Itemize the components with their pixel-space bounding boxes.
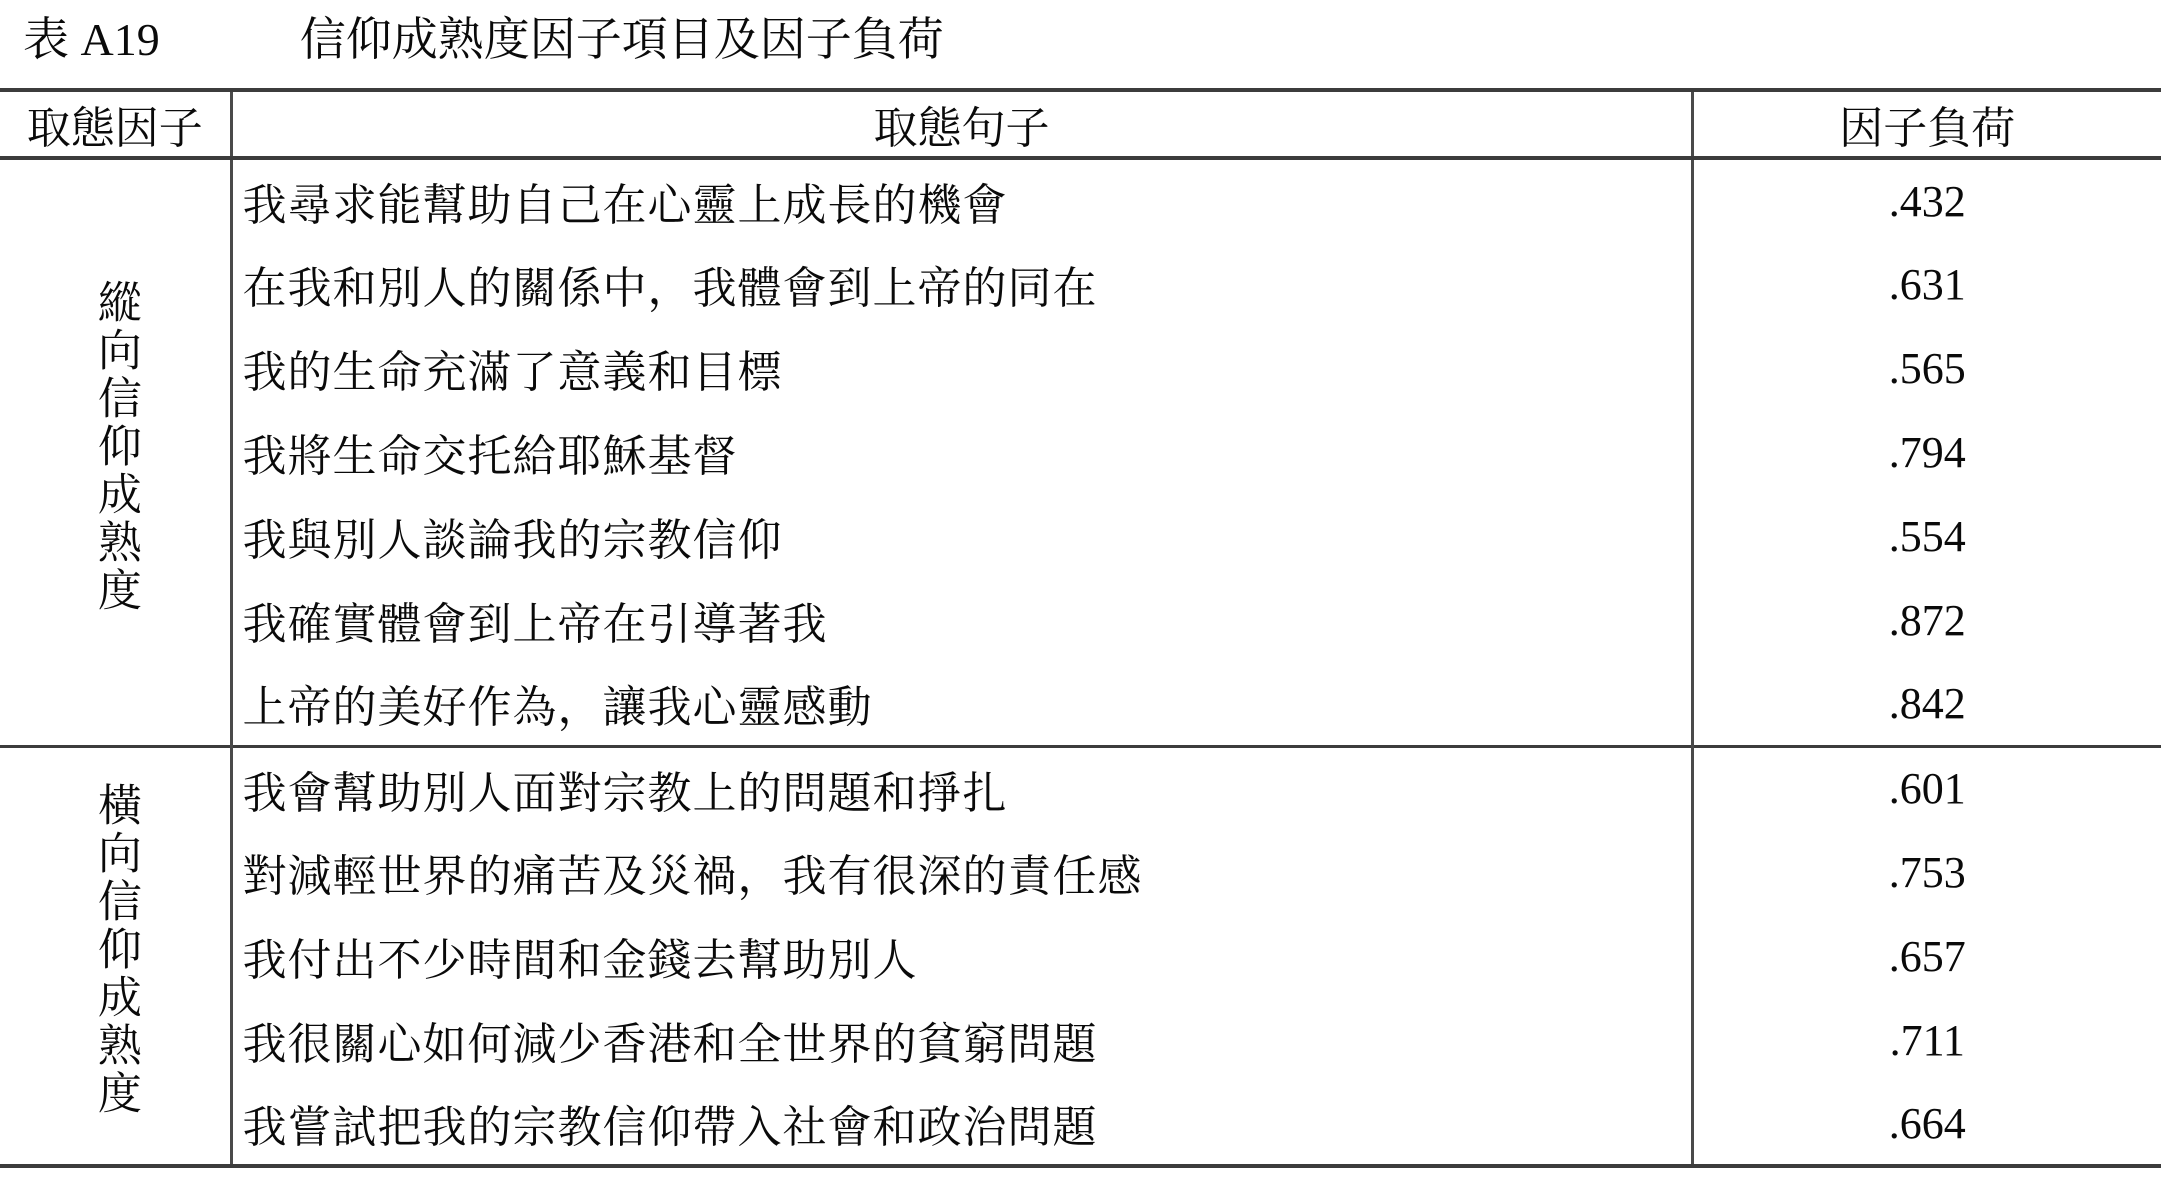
- factor-label: 橫向信仰成熟度: [92, 782, 138, 1118]
- loading-cell: .711: [1692, 998, 2161, 1082]
- table-row: 我的生命充滿了意義和目標.565: [0, 326, 2161, 410]
- header-sentence: 取態句子: [231, 90, 1692, 158]
- loading-cell: .565: [1692, 326, 2161, 410]
- table-header: 取態因子 取態句子 因子負荷: [0, 90, 2161, 158]
- sentence-cell: 我將生命交托給耶穌基督: [231, 410, 1692, 494]
- sentence-cell: 我嘗試把我的宗教信仰帶入社會和政治問題: [231, 1082, 1692, 1166]
- loading-cell: .664: [1692, 1082, 2161, 1166]
- loading-cell: .842: [1692, 662, 2161, 746]
- sentence-cell: 我與別人談論我的宗教信仰: [231, 494, 1692, 578]
- sentence-cell: 對減輕世界的痛苦及災禍，我有很深的責任感: [231, 830, 1692, 914]
- loading-cell: .794: [1692, 410, 2161, 494]
- factor-group: 橫向信仰成熟度我會幫助別人面對宗教上的問題和掙扎.601對減輕世界的痛苦及災禍，…: [0, 746, 2161, 1166]
- factor-group: 縱向信仰成熟度我尋求能幫助自己在心靈上成長的機會.432在我和別人的關係中，我體…: [0, 158, 2161, 746]
- sentence-cell: 我的生命充滿了意義和目標: [231, 326, 1692, 410]
- table-caption: 信仰成熟度因子項目及因子負荷: [300, 14, 944, 65]
- loading-cell: .432: [1692, 158, 2161, 242]
- table-number: 表 A19: [23, 14, 160, 65]
- sentence-cell: 我確實體會到上帝在引導著我: [231, 578, 1692, 662]
- table-row: 在我和別人的關係中，我體會到上帝的同在.631: [0, 242, 2161, 326]
- sentence-cell: 上帝的美好作為，讓我心靈感動: [231, 662, 1692, 746]
- document-page: 表 A19信仰成熟度因子項目及因子負荷 取態因子 取態句子 因子負荷 縱向信仰成…: [0, 0, 2161, 1193]
- header-row: 取態因子 取態句子 因子負荷: [0, 90, 2161, 158]
- header-factor: 取態因子: [0, 90, 231, 158]
- table-row: 對減輕世界的痛苦及災禍，我有很深的責任感.753: [0, 830, 2161, 914]
- table-row: 我付出不少時間和金錢去幫助別人.657: [0, 914, 2161, 998]
- factor-cell: 橫向信仰成熟度: [0, 746, 231, 1166]
- loading-cell: .554: [1692, 494, 2161, 578]
- sentence-cell: 我付出不少時間和金錢去幫助別人: [231, 914, 1692, 998]
- sentence-cell: 我尋求能幫助自己在心靈上成長的機會: [231, 158, 1692, 242]
- sentence-cell: 我很關心如何減少香港和全世界的貧窮問題: [231, 998, 1692, 1082]
- loading-cell: .753: [1692, 830, 2161, 914]
- table-row: 我嘗試把我的宗教信仰帶入社會和政治問題.664: [0, 1082, 2161, 1166]
- factor-table: 取態因子 取態句子 因子負荷 縱向信仰成熟度我尋求能幫助自己在心靈上成長的機會.…: [0, 88, 2161, 1168]
- table-title: 表 A19信仰成熟度因子項目及因子負荷: [0, 0, 2161, 88]
- table-row: 我確實體會到上帝在引導著我.872: [0, 578, 2161, 662]
- table-row: 縱向信仰成熟度我尋求能幫助自己在心靈上成長的機會.432: [0, 158, 2161, 242]
- table-row: 我很關心如何減少香港和全世界的貧窮問題.711: [0, 998, 2161, 1082]
- factor-cell: 縱向信仰成熟度: [0, 158, 231, 746]
- sentence-cell: 我會幫助別人面對宗教上的問題和掙扎: [231, 746, 1692, 830]
- header-loading: 因子負荷: [1692, 90, 2161, 158]
- loading-cell: .872: [1692, 578, 2161, 662]
- table-row: 上帝的美好作為，讓我心靈感動.842: [0, 662, 2161, 746]
- table-row: 我與別人談論我的宗教信仰.554: [0, 494, 2161, 578]
- factor-label: 縱向信仰成熟度: [92, 279, 138, 615]
- table-row: 橫向信仰成熟度我會幫助別人面對宗教上的問題和掙扎.601: [0, 746, 2161, 830]
- loading-cell: .657: [1692, 914, 2161, 998]
- sentence-cell: 在我和別人的關係中，我體會到上帝的同在: [231, 242, 1692, 326]
- table-row: 我將生命交托給耶穌基督.794: [0, 410, 2161, 494]
- loading-cell: .601: [1692, 746, 2161, 830]
- loading-cell: .631: [1692, 242, 2161, 326]
